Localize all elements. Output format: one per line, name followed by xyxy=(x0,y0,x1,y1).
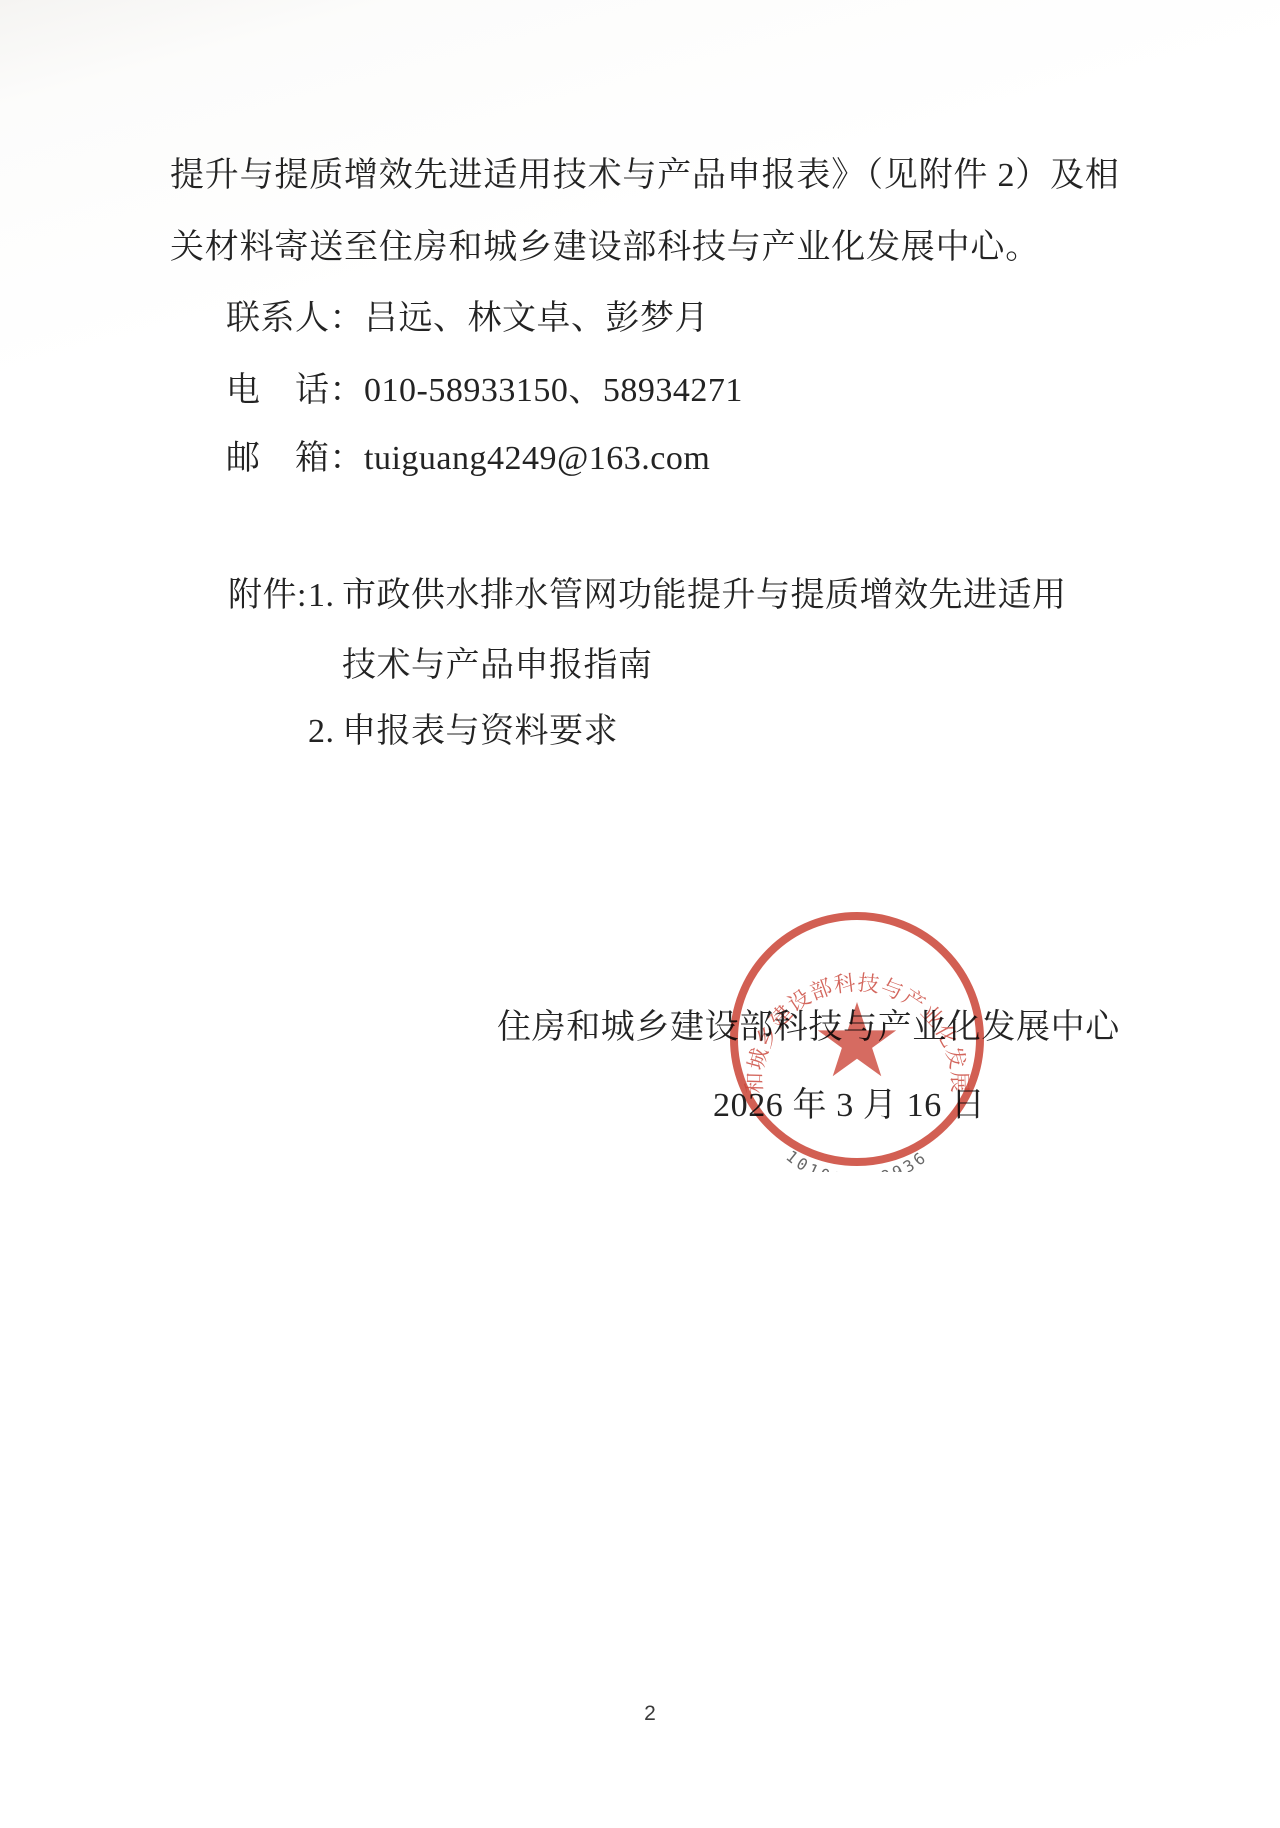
contact-email-line: 邮 箱：tuiguang4249@163.com xyxy=(226,439,710,480)
attachment-1-text-line2: 技术与产品申报指南 xyxy=(342,646,653,687)
attachments-row-2: 2.申报表与资料要求 xyxy=(308,712,618,753)
attachment-1-number: 1. xyxy=(308,576,342,617)
attachments-label: 附件: xyxy=(228,576,308,617)
seal-star-icon xyxy=(818,1002,896,1076)
contact-person-value: 吕远、林文卓、彭梦月 xyxy=(364,299,709,340)
paragraph-line-2: 关材料寄送至住房和城乡建设部科技与产业化发展中心。 xyxy=(170,228,1040,269)
attachment-1-text-line1: 市政供水排水管网功能提升与提质增效先进适用 xyxy=(342,577,1067,614)
contact-phone-line: 电 话：010-58933150、58934271 xyxy=(226,371,743,412)
attachment-2-number: 2. xyxy=(308,712,342,753)
contact-email-label: 邮 箱： xyxy=(226,439,364,480)
document-page: 提升与提质增效先进适用技术与产品申报表》（见附件 2）及相 关材料寄送至住房和城… xyxy=(0,0,1280,1828)
seal-arc-text: 住房和城乡建设部科技与产业化发展中心 xyxy=(724,906,971,1094)
contact-phone-label: 电 话： xyxy=(226,371,364,412)
official-seal-stamp: 住房和城乡建设部科技与产业化发展中心 101081399936 xyxy=(724,906,990,1172)
contact-phone-value: 010-58933150、58934271 xyxy=(364,371,743,412)
contact-person-label: 联系人： xyxy=(226,299,364,340)
page-number: 2 xyxy=(636,1702,664,1726)
contact-email-value: tuiguang4249@163.com xyxy=(364,439,710,480)
paragraph-line-1: 提升与提质增效先进适用技术与产品申报表》（见附件 2）及相 xyxy=(170,156,1120,197)
contact-person-line: 联系人：吕远、林文卓、彭梦月 xyxy=(226,299,709,340)
attachment-2-text: 申报表与资料要求 xyxy=(342,713,618,750)
attachments-row-1: 附件:1.市政供水排水管网功能提升与提质增效先进适用 xyxy=(228,576,1067,617)
